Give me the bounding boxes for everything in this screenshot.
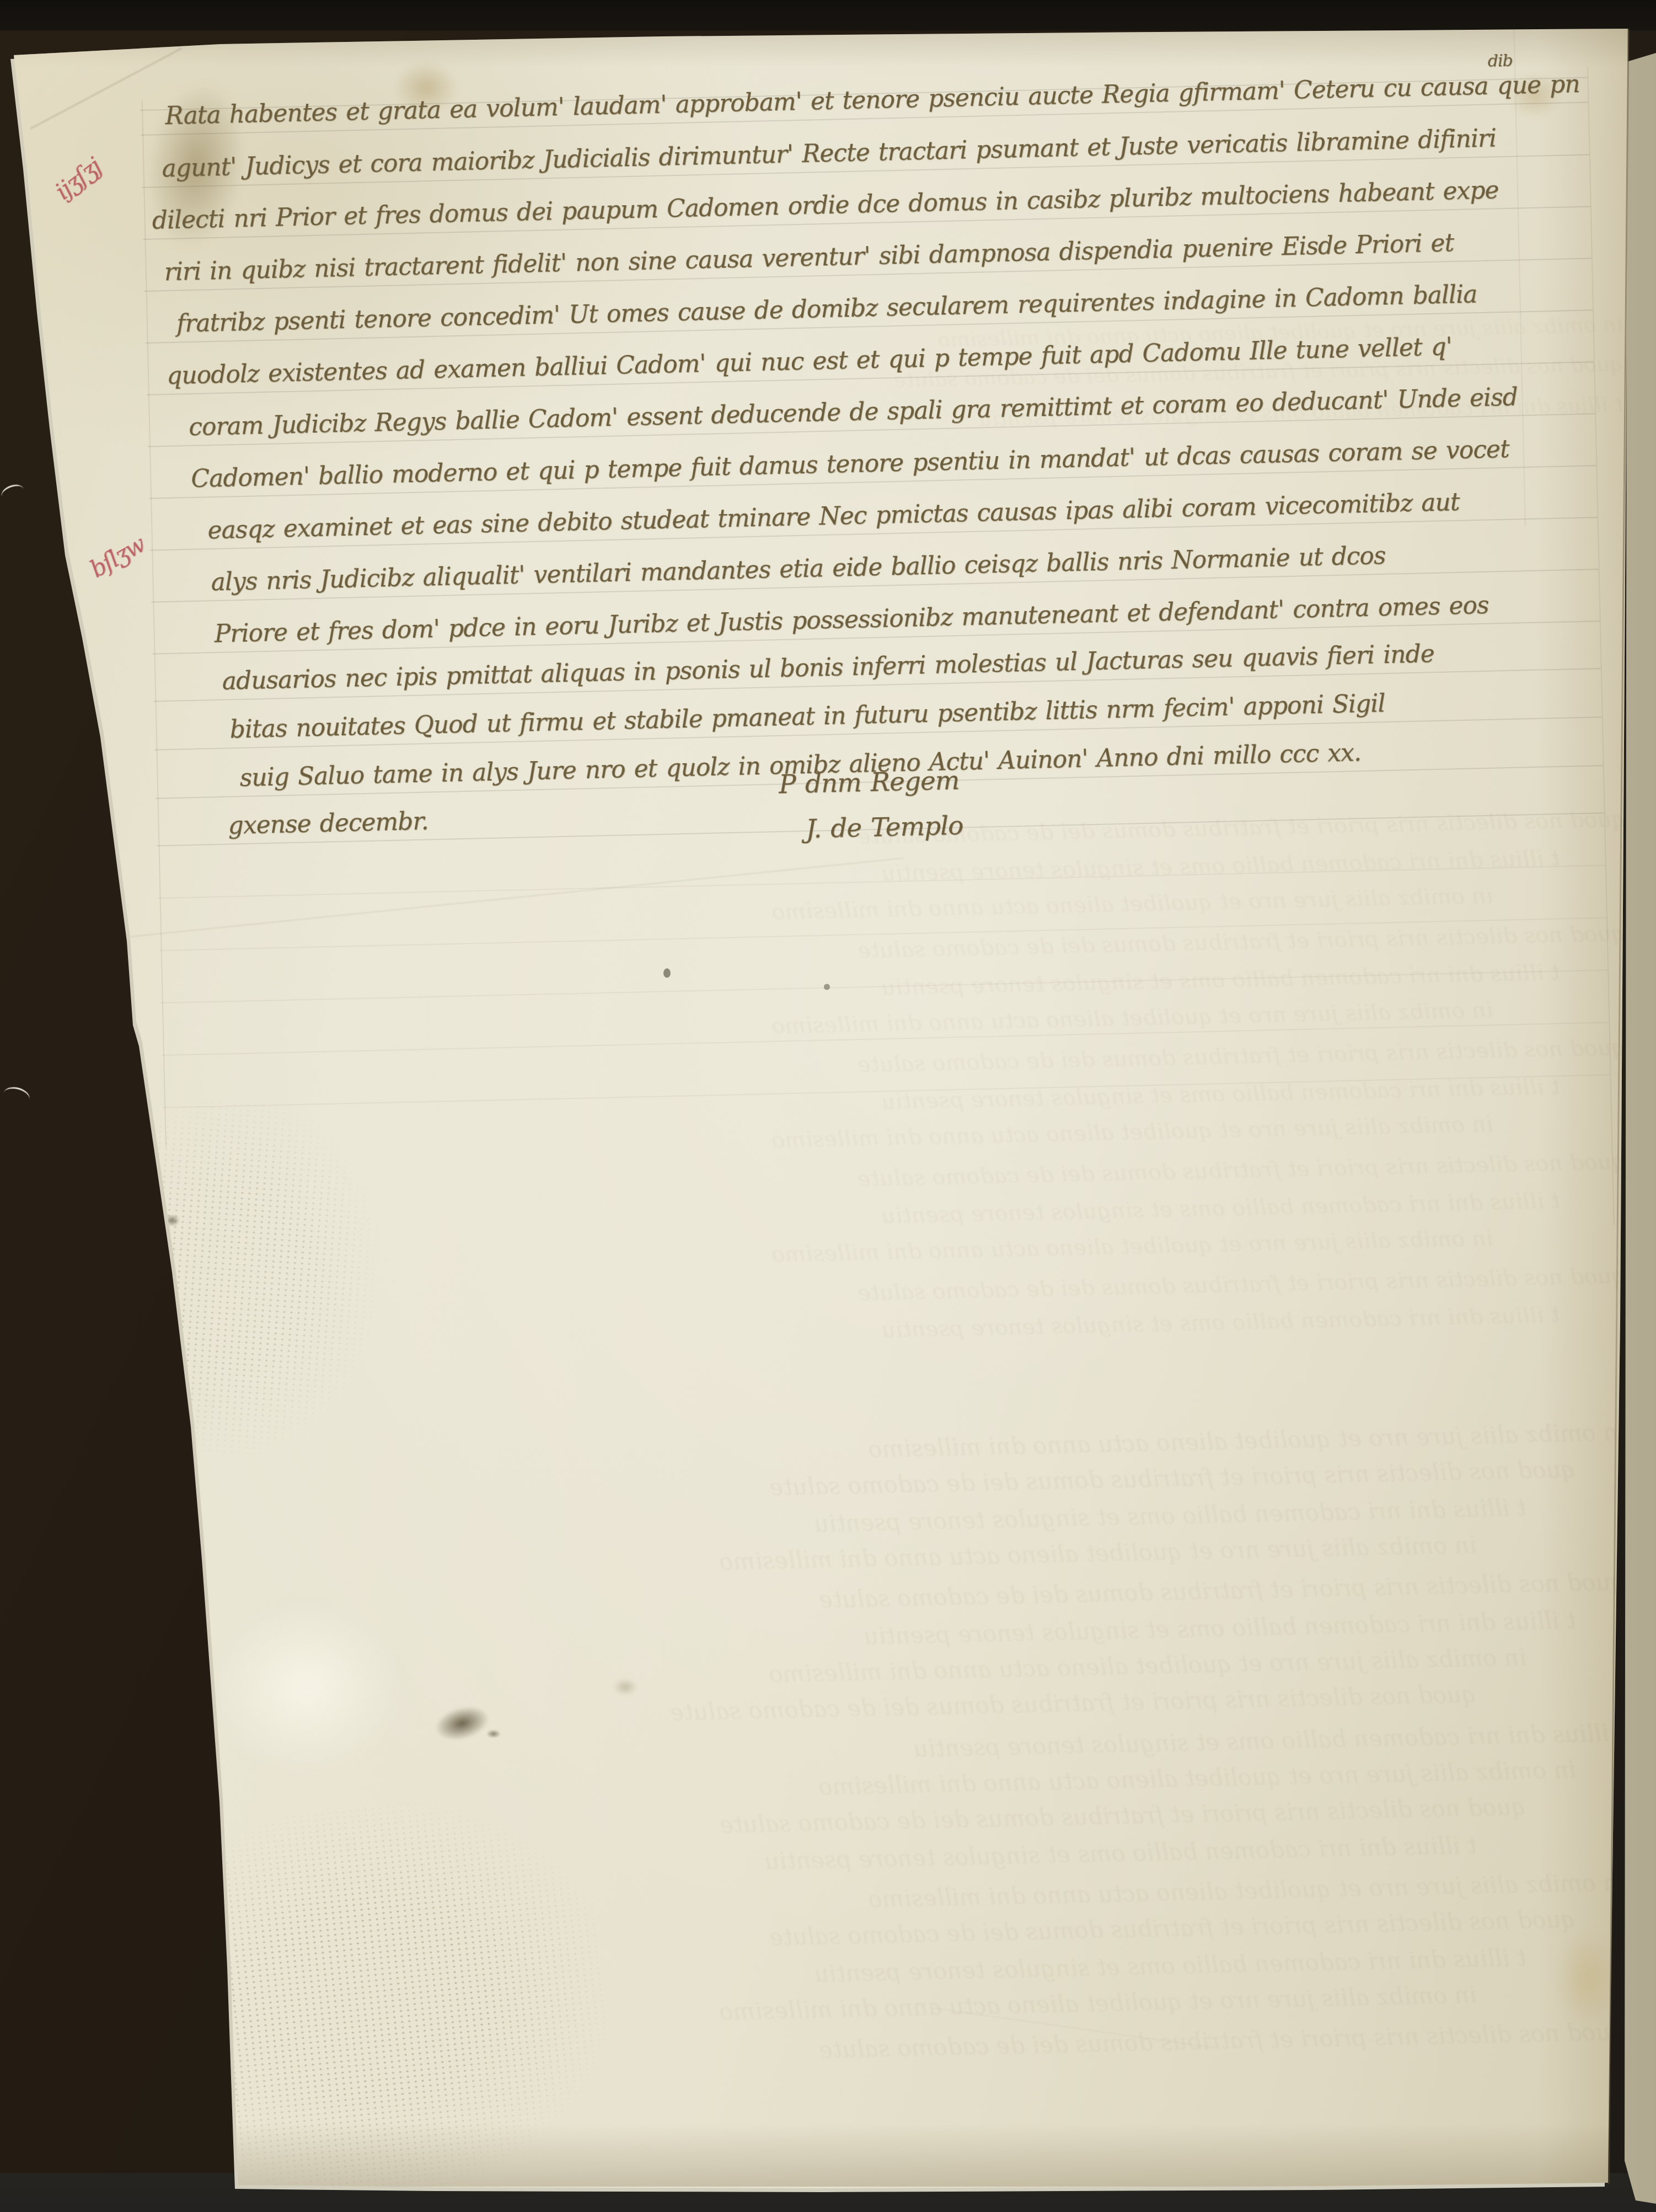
manuscript-line: coram Judicibz Regys ballie Cadom' essen…	[189, 383, 1518, 442]
ruling-line	[162, 1022, 1609, 1056]
manuscript-line: alys nris Judicibz aliqualit' ventilari …	[211, 542, 1386, 596]
manuscript-line: quodolz existentes ad examen balliui Cad…	[167, 333, 1453, 390]
ruling-line	[158, 865, 1605, 899]
margin-ruling-line	[1587, 67, 1615, 1225]
docket-line-1: P dnm Regem	[779, 765, 960, 800]
manuscript-line: dilecti nri Prior et fres domus dei paup…	[152, 176, 1499, 234]
manuscript-line: fratribz psenti tenore concedim' Ut omes…	[176, 280, 1477, 338]
ruling-line	[160, 970, 1607, 1004]
manuscript-line: agunt' Judicys et cora maioribz Judicial…	[162, 124, 1497, 183]
ruling-line	[163, 1074, 1610, 1108]
ruling-line	[159, 917, 1606, 951]
date-line: gxense decembr.	[228, 807, 428, 840]
parchment-page: in omibz aliis jure nro et quolibet alie…	[0, 0, 1656, 2212]
manuscript-line: riri in quibz nisi tractarent fidelit' n…	[164, 229, 1454, 286]
superscript-abbreviation: dib	[1487, 51, 1513, 71]
manuscript-line: Cadomen' ballio moderno et qui p tempe f…	[191, 435, 1509, 493]
manuscript-line: Rata habentes et grata ea volum' laudam'…	[165, 70, 1580, 130]
manuscript-line: Priore et fres dom' pdce in eoru Juribz …	[214, 591, 1489, 648]
docket-line-2: J. de Templo	[805, 811, 963, 844]
text-block: Rata habentes et grata ea volum' laudam'…	[0, 0, 1656, 2212]
manuscript-line: easqz examinet et eas sine debito studea…	[207, 488, 1460, 544]
margin-ruling-line	[142, 100, 167, 1148]
manuscript-photo: in omibz aliis jure nro et quolibet alie…	[0, 0, 1656, 2212]
